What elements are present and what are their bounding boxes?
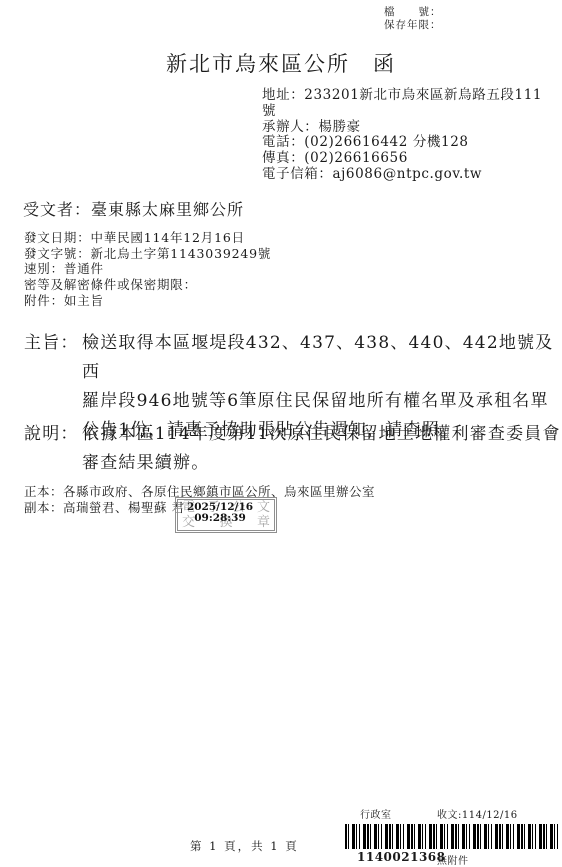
receipt-block: 行政室 收文:114/12/16 1140021368 無附件: [345, 806, 559, 864]
sender-contact-block: 地址：233201新北市烏來區新烏路五段111 號 承辦人：楊勝豪 電話：(02…: [262, 88, 560, 183]
speed-class-line: 速別：普通件: [24, 261, 271, 277]
explanation-line: 審查結果續辦。: [82, 449, 561, 478]
subject-line: 羅岸段946地號等6筆原住民保留地所有權名單及承租名單: [82, 387, 562, 416]
received-date: 收文:114/12/16: [437, 806, 518, 821]
archive-number-block: 檔 號： 保存年限：: [384, 6, 442, 32]
subject-line: 檢送取得本區堰堤段432、437、438、440、442地號及西: [82, 329, 562, 387]
attachment-line: 附件：如主旨: [24, 293, 271, 309]
explanation-paragraph: 說明： 依據本區114年度第11次原住民保留地土地權利審查委員會 審查結果續辦。: [24, 420, 561, 478]
page-number: 第 1 頁，共 1 頁: [190, 838, 299, 854]
issue-date-line: 發文日期：中華民國114年12月16日: [24, 230, 271, 246]
attachment-note: 無附件: [437, 852, 469, 867]
document-title: 新北市烏來區公所 函: [0, 48, 562, 78]
document-meta-block: 發文日期：中華民國114年12月16日 發文字號：新北烏土字第114303924…: [24, 230, 271, 309]
stamp-time: 09:28:39: [172, 513, 268, 524]
receiving-office: 行政室: [360, 806, 392, 821]
sender-phone-line: 電話：(02)26616442 分機128: [262, 135, 560, 151]
receipt-header: 行政室 收文:114/12/16: [345, 806, 559, 820]
explanation-line: 依據本區114年度第11次原住民保留地土地權利審查委員會: [82, 420, 561, 449]
retention-period-label: 保存年限：: [384, 19, 442, 32]
stamp-datetime: 2025/12/16 09:28:39: [172, 502, 268, 524]
sender-address-line: 地址：233201新北市烏來區新烏路五段111: [262, 88, 560, 104]
sender-address-wrap: 號: [262, 104, 560, 120]
recipient-line: 受文者：臺東縣太麻里鄉公所: [23, 197, 244, 220]
official-document-page: 檔 號： 保存年限： 新北市烏來區公所 函 地址：233201新北市烏來區新烏路…: [0, 0, 562, 867]
electronic-exchange-stamp: 電子公文 交換章 2025/12/16 09:28:39: [175, 497, 277, 533]
security-class-line: 密等及解密條件或保密期限：: [24, 277, 271, 293]
archive-number-label: 檔 號：: [384, 6, 442, 19]
stamp-inner-border: 電子公文 交換章 2025/12/16 09:28:39: [177, 499, 275, 531]
sender-fax-line: 傳真：(02)26616656: [262, 151, 560, 167]
doc-number-line: 發文字號：新北烏土字第1143039249號: [24, 246, 271, 262]
receipt-footer: 1140021368 無附件: [345, 850, 559, 864]
sender-email-line: 電子信箱：aj6086@ntpc.gov.tw: [262, 167, 560, 183]
barcode: [345, 824, 559, 849]
receipt-number: 1140021368: [357, 850, 446, 864]
explanation-body: 依據本區114年度第11次原住民保留地土地權利審查委員會 審查結果續辦。: [82, 420, 561, 478]
explanation-label: 說明：: [24, 420, 82, 478]
